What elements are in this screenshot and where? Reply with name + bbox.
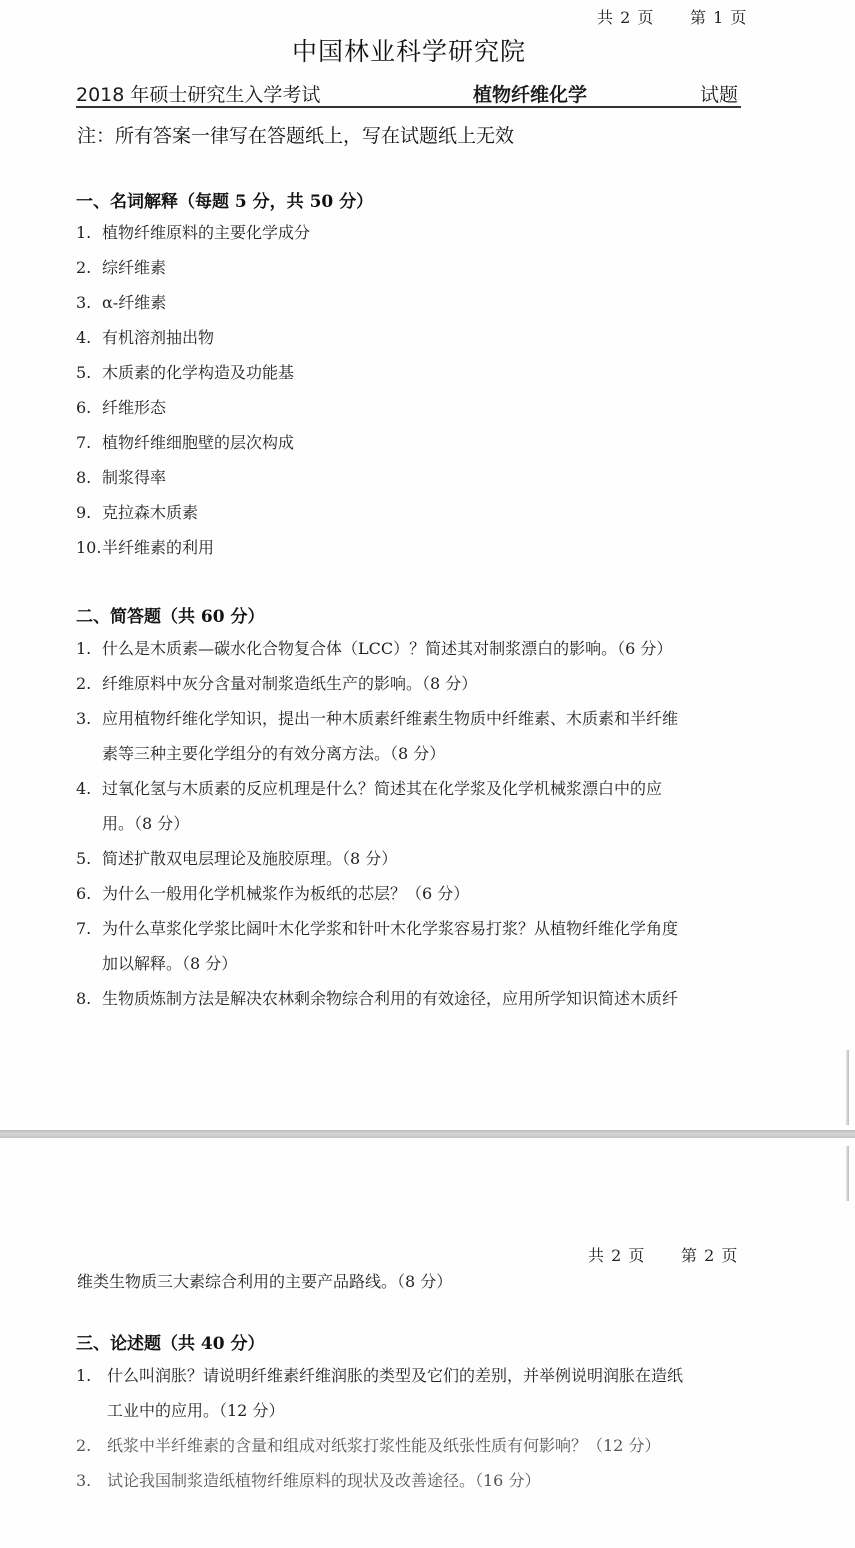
list-item-continuation: 工业中的应用。（12 分） — [76, 1393, 683, 1428]
list-item: 1.植物纤维原料的主要化学成分 — [76, 215, 310, 250]
list-item: 6.为什么一般用化学机械浆作为板纸的芯层？（6 分） — [76, 876, 678, 911]
list-item: 3.α-纤维素 — [76, 285, 310, 320]
exam-title-line: 2018 年硕士研究生入学考试 植物纤维化学 试题 — [76, 80, 741, 108]
list-item: 4.过氧化氢与木质素的反应机理是什么？简述其在化学浆及化学机械浆漂白中的应 — [76, 771, 678, 806]
exam-page-2: 共 2 页 第 2 页 维类生物质三大素综合利用的主要产品路线。（8 分） 三、… — [0, 1138, 855, 1548]
essay-list: 1.什么叫润胀？请说明纤维素纤维润胀的类型及它们的差别，并举例说明润胀在造纸 工… — [76, 1358, 683, 1498]
page-total: 共 2 页 — [588, 1243, 645, 1266]
list-item: 3.试论我国制浆造纸植物纤维原料的现状及改善途径。（16 分） — [76, 1463, 683, 1498]
list-item: 1.什么是木质素—碳水化合物复合体（LCC）？简述其对制浆漂白的影响。（6 分） — [76, 631, 678, 666]
list-item: 9.克拉森木质素 — [76, 495, 310, 530]
exam-name: 2018 年硕士研究生入学考试 — [76, 80, 320, 107]
list-item: 10.半纤维素的利用 — [76, 530, 310, 565]
list-item: 2.综纤维素 — [76, 250, 310, 285]
page-total: 共 2 页 — [597, 5, 654, 28]
list-item: 7.植物纤维细胞壁的层次构成 — [76, 425, 310, 460]
list-item: 8.制浆得率 — [76, 460, 310, 495]
page-current: 第 2 页 — [681, 1243, 738, 1266]
list-item-continuation: 维类生物质三大素综合利用的主要产品路线。（8 分） — [77, 1264, 452, 1299]
section-heading-definitions: 一、名词解释（每题 5 分，共 50 分） — [76, 187, 373, 212]
list-item: 7.为什么草浆化学浆比阔叶木化学浆和针叶木化学浆容易打浆？从植物纤维化学角度 — [76, 911, 678, 946]
exam-suffix: 试题 — [700, 80, 738, 107]
page-edge-shadow — [846, 1146, 849, 1201]
list-item: 2.纸浆中半纤维素的含量和组成对纸浆打浆性能及纸张性质有何影响？（12 分） — [76, 1428, 683, 1463]
page-edge-shadow — [846, 1050, 849, 1125]
short-answer-list: 1.什么是木质素—碳水化合物复合体（LCC）？简述其对制浆漂白的影响。（6 分）… — [76, 631, 678, 1016]
institution-title: 中国林业科学研究院 — [292, 32, 526, 68]
definitions-list: 1.植物纤维原料的主要化学成分 2.综纤维素 3.α-纤维素 4.有机溶剂抽出物… — [76, 215, 310, 565]
list-item: 6.纤维形态 — [76, 390, 310, 425]
list-item: 8.生物质炼制方法是解决农林剩余物综合利用的有效途径，应用所学知识简述木质纤 — [76, 981, 678, 1016]
list-item-continuation: 用。（8 分） — [76, 806, 678, 841]
list-item: 5.简述扩散双电层理论及施胶原理。（8 分） — [76, 841, 678, 876]
list-item: 3.应用植物纤维化学知识，提出一种木质素纤维素生物质中纤维素、木质素和半纤维 — [76, 701, 678, 736]
exam-page-1: 共 2 页 第 1 页 中国林业科学研究院 2018 年硕士研究生入学考试 植物… — [0, 0, 855, 1130]
list-item: 2.纤维原料中灰分含量对制浆造纸生产的影响。（8 分） — [76, 666, 678, 701]
section-heading-short-answer: 二、简答题（共 60 分） — [76, 602, 265, 627]
list-item-continuation: 素等三种主要化学组分的有效分离方法。（8 分） — [76, 736, 678, 771]
exam-subject: 植物纤维化学 — [473, 80, 587, 107]
list-item: 1.什么叫润胀？请说明纤维素纤维润胀的类型及它们的差别，并举例说明润胀在造纸 — [76, 1358, 683, 1393]
list-item-continuation: 加以解释。（8 分） — [76, 946, 678, 981]
page-divider — [0, 1130, 855, 1138]
answer-notice: 注：所有答案一律写在答题纸上，写在试题纸上无效 — [77, 121, 514, 148]
page-current: 第 1 页 — [690, 5, 747, 28]
list-item: 4.有机溶剂抽出物 — [76, 320, 310, 355]
section-heading-essay: 三、论述题（共 40 分） — [76, 1329, 265, 1354]
list-item: 5.木质素的化学构造及功能基 — [76, 355, 310, 390]
